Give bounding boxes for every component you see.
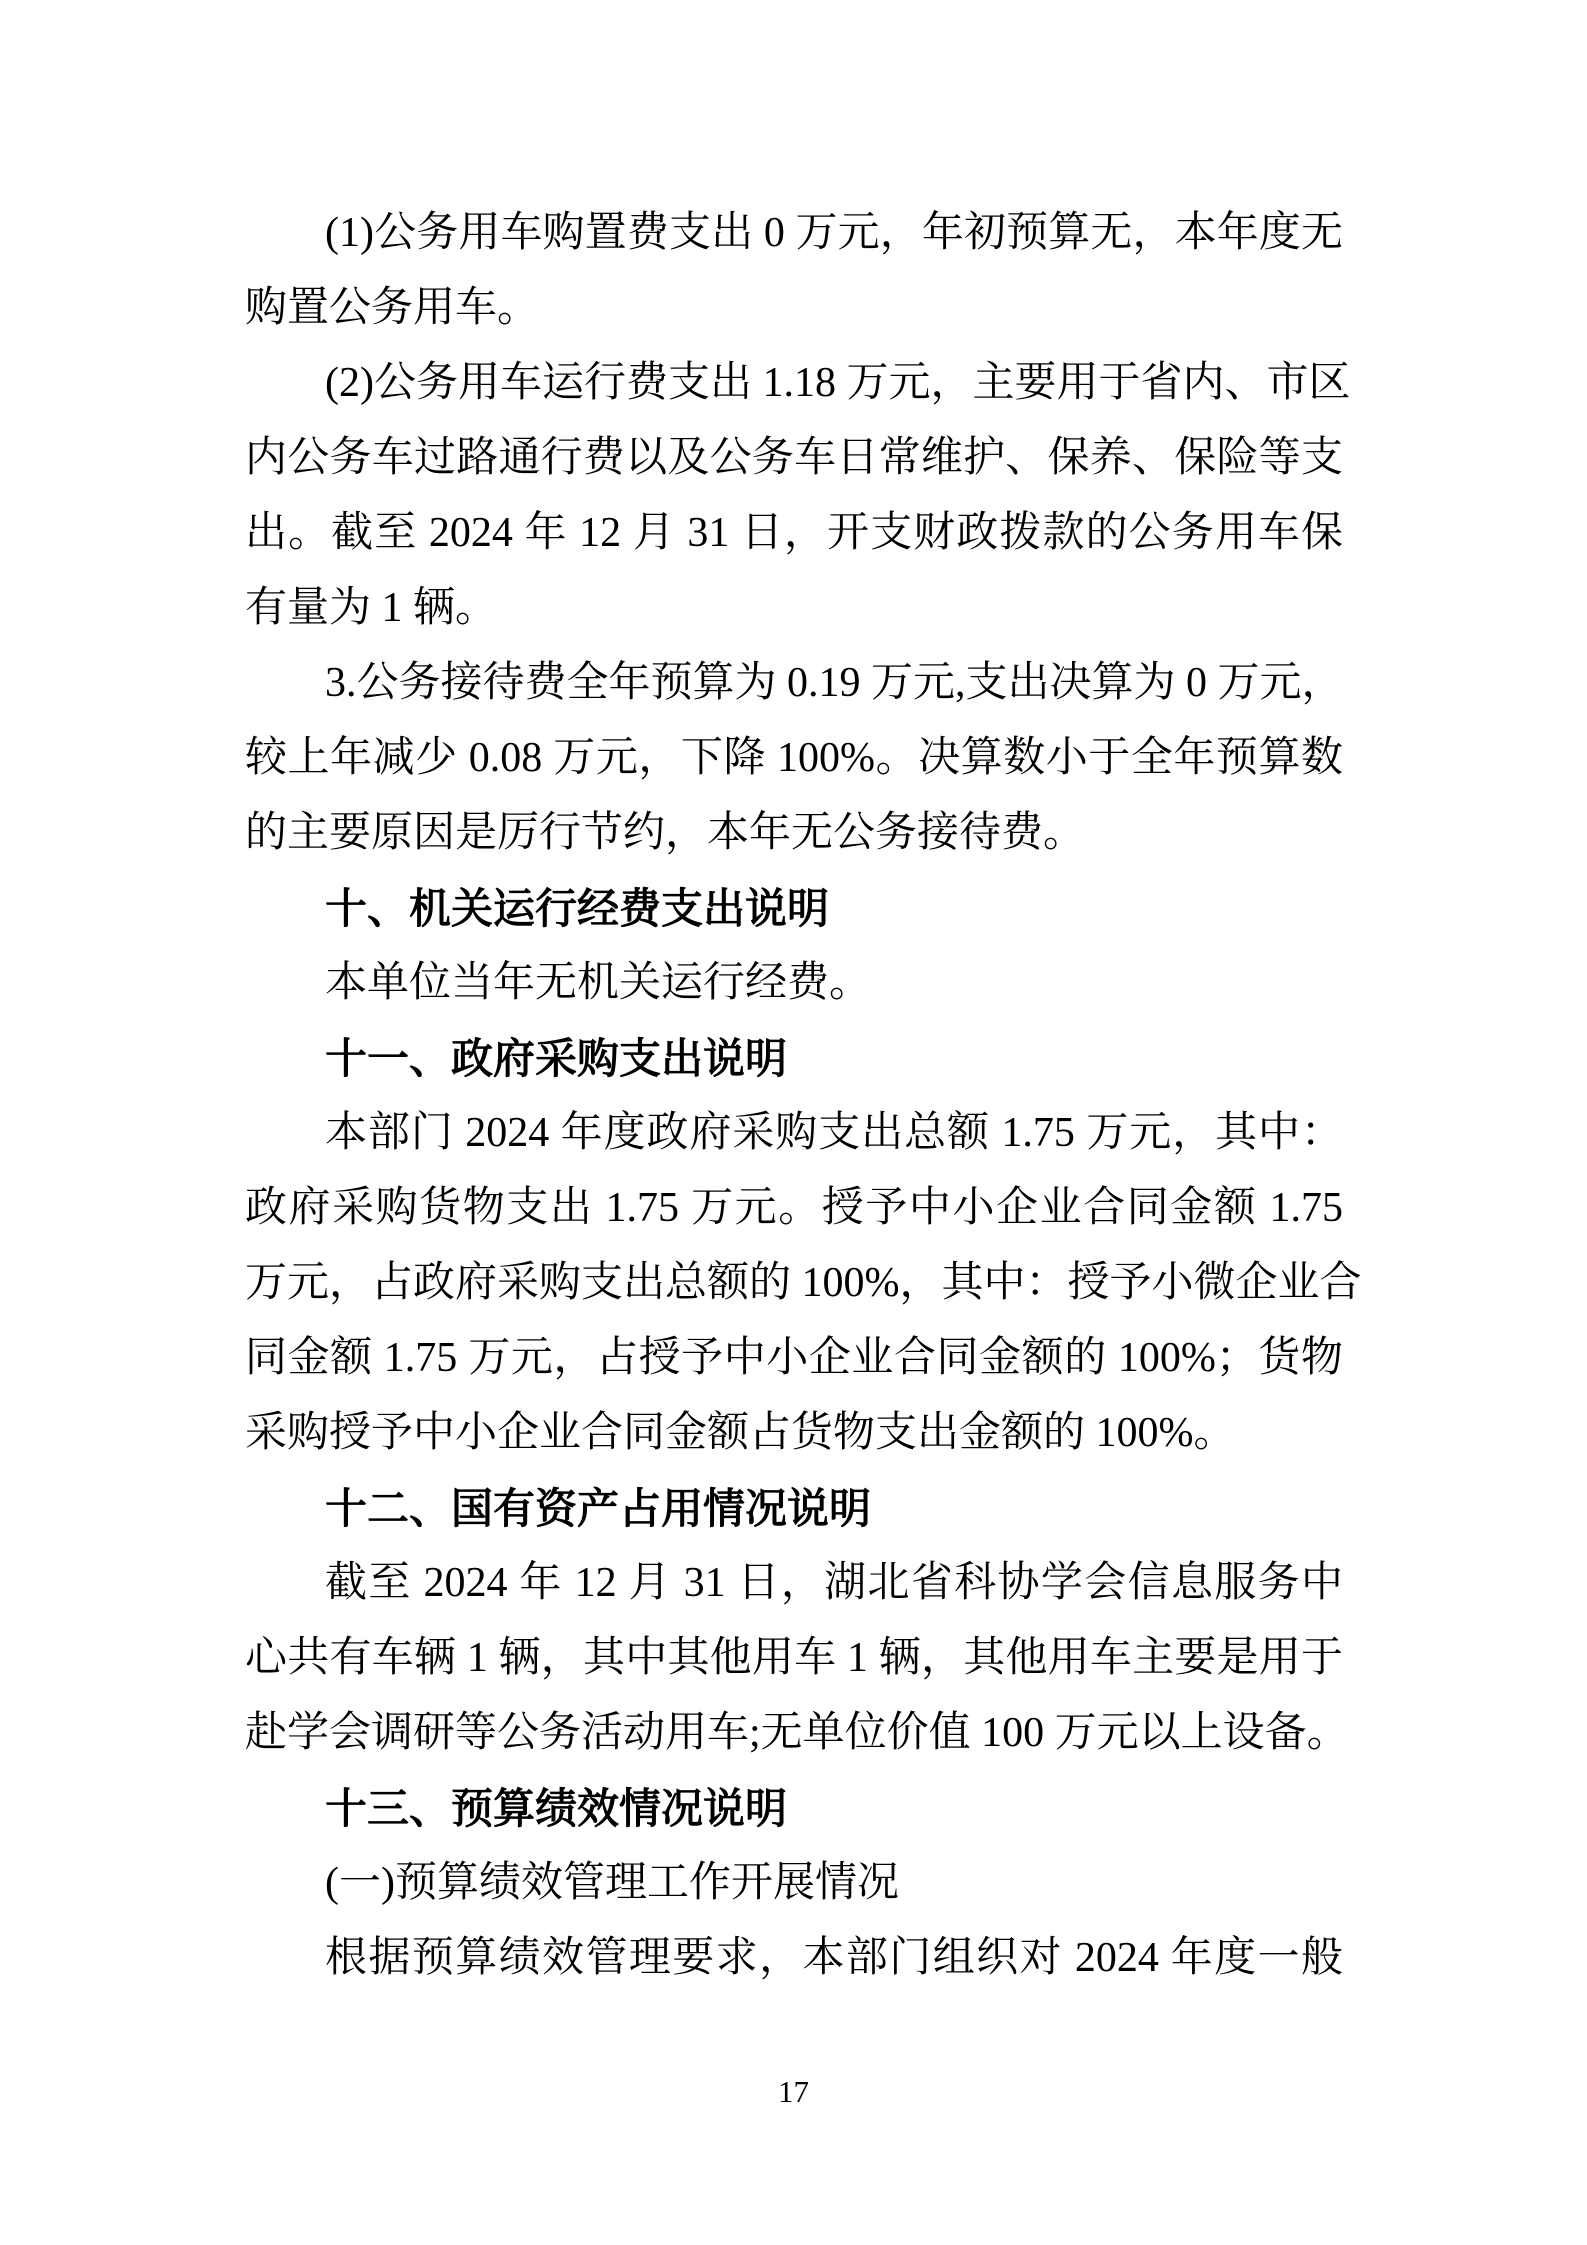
document-body: (1)公务用车购置费支出 0 万元，年初预算无，本年度无 购置公务用车。 (2)… (245, 196, 1343, 1996)
text-line: 心共有车辆 1 辆，其中其他用车 1 辆，其他用车主要是用于 (245, 1621, 1343, 1696)
text-line: 内公务车过路通行费以及公务车日常维护、保养、保险等支 (245, 421, 1343, 496)
text-line: 购置公务用车。 (245, 271, 1343, 346)
text-line: 同金额 1.75 万元，占授予中小企业合同金额的 100%；货物 (245, 1321, 1343, 1396)
text-line: (1)公务用车购置费支出 0 万元，年初预算无，本年度无 (245, 196, 1343, 271)
text-line: 的主要原因是厉行节约，本年无公务接待费。 (245, 796, 1343, 871)
text-line: 出。截至 2024 年 12 月 31 日，开支财政拨款的公务用车保 (245, 496, 1343, 571)
text-line: (2)公务用车运行费支出 1.18 万元，主要用于省内、市区 (245, 346, 1343, 421)
section-heading: 十、机关运行经费支出说明 (245, 871, 1343, 946)
text-line: 有量为 1 辆。 (245, 571, 1343, 646)
text-line: 较上年减少 0.08 万元，下降 100%。决算数小于全年预算数 (245, 721, 1343, 796)
text-line: 3.公务接待费全年预算为 0.19 万元,支出决算为 0 万元， (245, 646, 1343, 721)
text-line: 万元，占政府采购支出总额的 100%，其中：授予小微企业合 (245, 1246, 1343, 1321)
section-heading: 十一、政府采购支出说明 (245, 1021, 1343, 1096)
text-line: (一)预算绩效管理工作开展情况 (245, 1846, 1343, 1921)
text-line: 根据预算绩效管理要求，本部门组织对 2024 年度一般 (245, 1921, 1343, 1996)
page-number: 17 (0, 2072, 1587, 2112)
section-heading: 十三、预算绩效情况说明 (245, 1771, 1343, 1846)
text-line: 本部门 2024 年度政府采购支出总额 1.75 万元，其中： (245, 1096, 1343, 1171)
text-line: 采购授予中小企业合同金额占货物支出金额的 100%。 (245, 1396, 1343, 1471)
text-line: 赴学会调研等公务活动用车;无单位价值 100 万元以上设备。 (245, 1696, 1343, 1771)
text-line: 本单位当年无机关运行经费。 (245, 946, 1343, 1021)
section-heading: 十二、国有资产占用情况说明 (245, 1471, 1343, 1546)
text-line: 截至 2024 年 12 月 31 日，湖北省科协学会信息服务中 (245, 1546, 1343, 1621)
document-page: (1)公务用车购置费支出 0 万元，年初预算无，本年度无 购置公务用车。 (2)… (0, 0, 1587, 2245)
text-line: 政府采购货物支出 1.75 万元。授予中小企业合同金额 1.75 (245, 1171, 1343, 1246)
